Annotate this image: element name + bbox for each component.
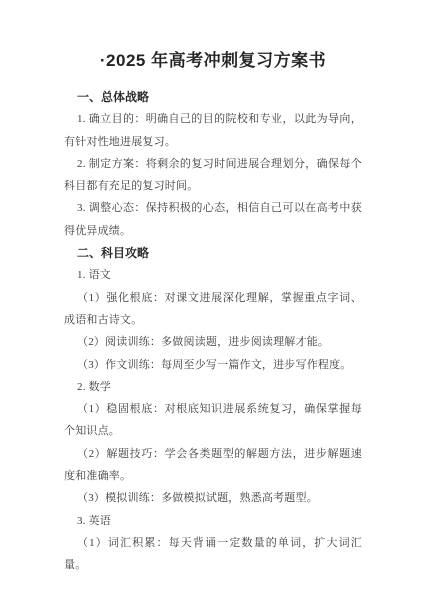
paragraph-subject-english: 3. 英语 xyxy=(64,510,362,532)
paragraph: （3）模拟训练：多做模拟试题，熟悉高考题型。 xyxy=(64,487,362,509)
document-page: ·2025 年高考冲刺复习方案书 一、总体战略 1. 确立目的：明确自己的目的院… xyxy=(0,0,424,600)
paragraph: 1. 确立目的：明确自己的目的院校和专业，以此为导向，有针对性地进展复习。 xyxy=(64,108,362,153)
section-heading-overall-strategy: 一、总体战略 xyxy=(64,86,362,108)
paragraph: （2）解题技巧：学会各类题型的解题方法，进步解题速度和准确率。 xyxy=(64,443,362,488)
doc-title: ·2025 年高考冲刺复习方案书 xyxy=(64,49,362,73)
paragraph: （1）词汇积累：每天背诵一定数量的单词，扩大词汇量。 xyxy=(64,532,362,577)
paragraph: （3）作文训练：每周至少写一篇作文，进步写作程度。 xyxy=(64,354,362,376)
paragraph: 3. 调整心态：保持积极的心态，相信自己可以在高考中获得优异成绩。 xyxy=(64,197,362,242)
paragraph: （1）强化根底：对课文进展深化理解，掌握重点字词、成语和古诗文。 xyxy=(64,287,362,332)
paragraph: （1）稳固根底：对根底知识进展系统复习，确保掌握每个知识点。 xyxy=(64,398,362,443)
paragraph-subject-chinese: 1. 语文 xyxy=(64,264,362,286)
paragraph-subject-math: 2. 数学 xyxy=(64,376,362,398)
paragraph: （2）阅读训练：多做阅读题，进步阅读理解才能。 xyxy=(64,331,362,353)
paragraph: 2. 制定方案：将剩余的复习时间进展合理划分，确保每个科目都有充足的复习时间。 xyxy=(64,153,362,198)
section-heading-subject-strategy: 二、科目攻略 xyxy=(64,242,362,264)
